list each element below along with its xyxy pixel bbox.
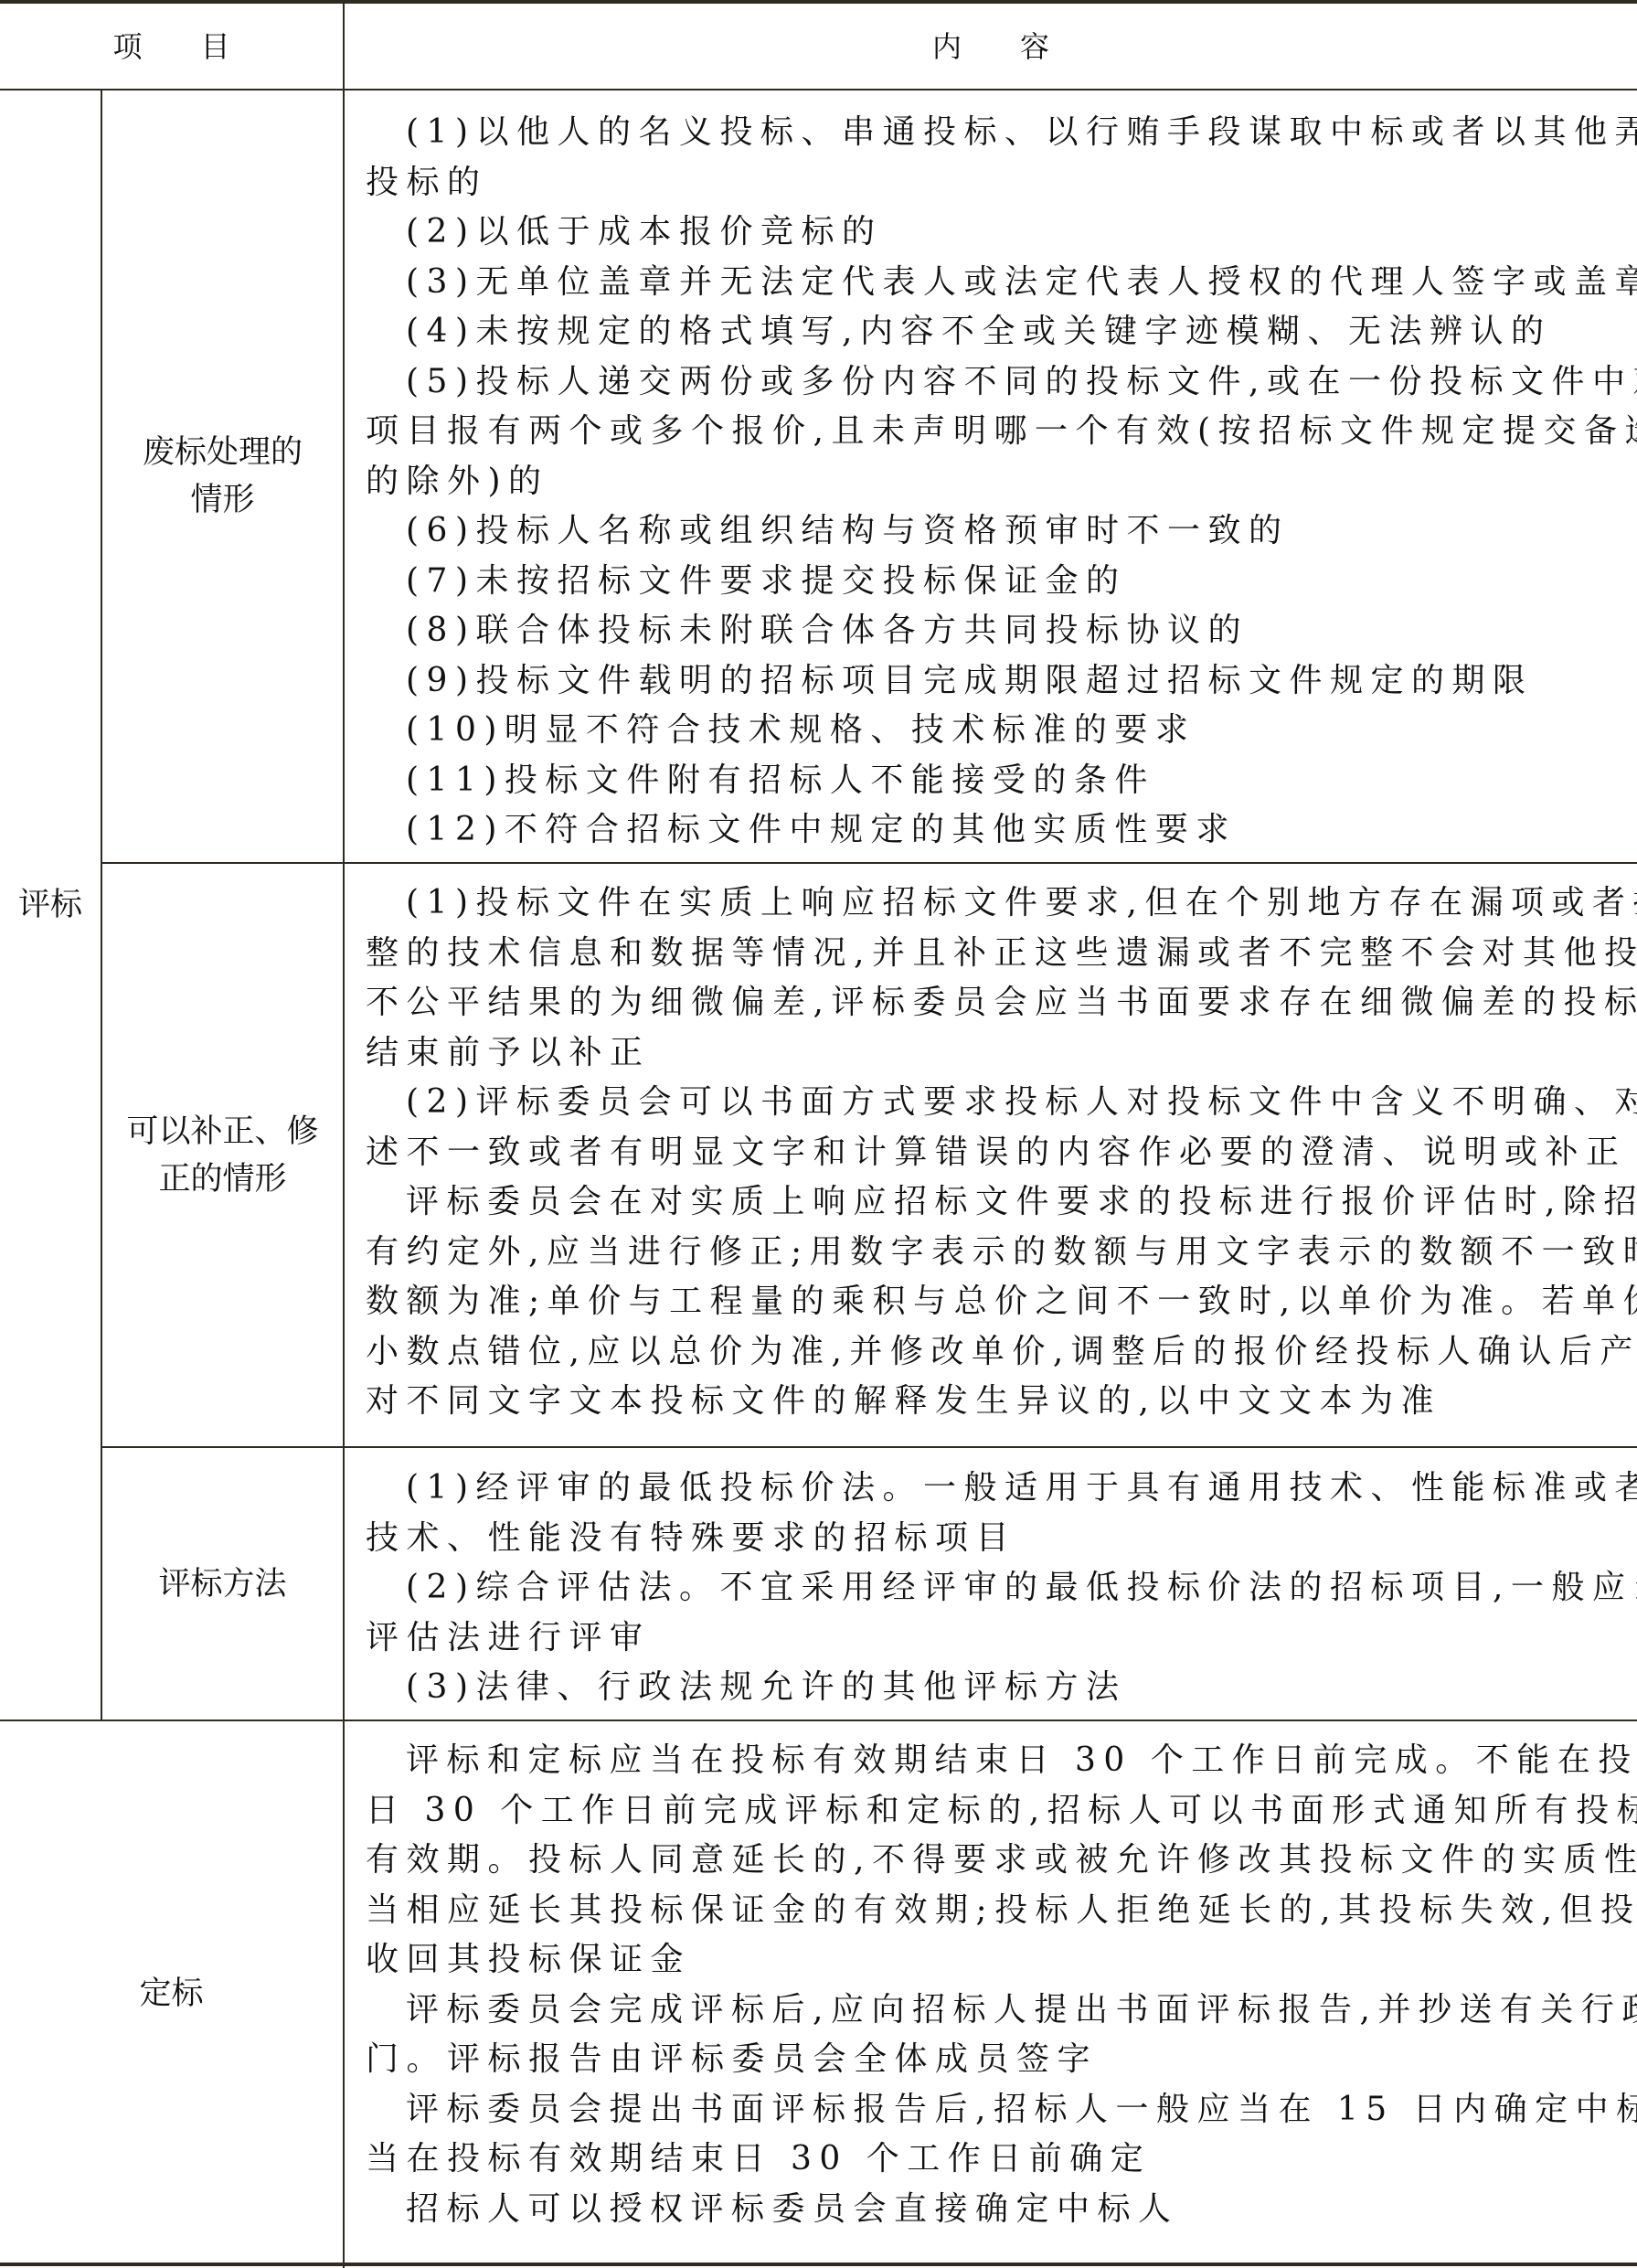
content-line: (7)未按招标文件要求提交投标保证金的 xyxy=(366,557,1622,607)
content-line: (10)明显不符合技术规格、技术标准的要求 xyxy=(366,706,1622,756)
content-line: (2)综合评估法。不宜采用经评审的最低投标价法的招标项目,一般应当采取综合 xyxy=(366,1563,1622,1613)
content-line: 投标的 xyxy=(366,158,1622,208)
content-evaluation-method: (1)经评审的最低投标价法。一般适用于具有通用技术、性能标准或者招标人对其技术、… xyxy=(366,1464,1622,1713)
group-label-evaluation: 评标 xyxy=(18,881,82,929)
content-line: 不公平结果的为细微偏差,评标委员会应当书面要求存在细微偏差的投标人在评标 xyxy=(366,978,1622,1028)
section-label-line: 可以补正、修 xyxy=(126,1108,318,1155)
section-label-correction: 可以补正、修 正的情形 xyxy=(102,864,343,1446)
section-label-evaluation-method: 评标方法 xyxy=(102,1448,343,1720)
content-line: 评估法进行评审 xyxy=(366,1613,1622,1664)
content-line: 有效期。投标人同意延长的,不得要求或被允许修改其投标文件的实质性内容,但应 xyxy=(366,1836,1622,1886)
content-line: 门。评标报告由评标委员会全体成员签字 xyxy=(366,2035,1622,2085)
content-line: 对不同文字文本投标文件的解释发生异议的,以中文文本为准 xyxy=(366,1377,1622,1427)
content-line: (3)无单位盖章并无法定代表人或法定代表人授权的代理人签字或盖章的 xyxy=(366,258,1622,308)
content-line: (4)未按规定的格式填写,内容不全或关键字迹模糊、无法辨认的 xyxy=(366,307,1622,357)
content-line: 收回其投标保证金 xyxy=(366,1935,1622,1986)
content-line: 当相应延长其投标保证金的有效期;投标人拒绝延长的,其投标失效,但投标人有权 xyxy=(366,1886,1622,1936)
content-line: 整的技术信息和数据等情况,并且补正这些遗漏或者不完整不会对其他投标人造成 xyxy=(366,929,1622,979)
content-line: 项目报有两个或多个报价,且未声明哪一个有效(按招标文件规定提交备选投标方案 xyxy=(366,407,1622,457)
section-label-line: 情形 xyxy=(143,476,303,524)
header-content-label: 内 容 xyxy=(932,23,1049,70)
header-content-cell: 内 容 xyxy=(345,4,1637,89)
group-label-cell: 评标 xyxy=(0,91,101,1720)
content-line: (9)投标文件载明的招标项目完成期限超过招标文件规定的期限 xyxy=(366,656,1622,707)
content-line: 当在投标有效期结束日 30 个工作日前确定 xyxy=(366,2135,1622,2185)
content-award: 评标和定标应当在投标有效期结束日 30 个工作日前完成。不能在投标有效期结束日 … xyxy=(366,1736,1622,2234)
content-line: (2)评标委员会可以书面方式要求投标人对投标文件中含义不明确、对同类问题表 xyxy=(366,1078,1622,1128)
content-line: (2)以低于成本报价竞标的 xyxy=(366,208,1622,258)
header-item-cell: 项 目 xyxy=(0,4,343,89)
content-invalid-bid: (1)以他人的名义投标、串通投标、以行贿手段谋取中标或者以其他弄虚作假方式投标的… xyxy=(366,108,1622,856)
section-label-line: 正的情形 xyxy=(126,1155,318,1203)
content-line: (6)投标人名称或组织结构与资格预审时不一致的 xyxy=(366,506,1622,557)
content-line: 述不一致或者有明显文字和计算错误的内容作必要的澄清、说明或补正 xyxy=(366,1128,1622,1178)
content-line: (11)投标文件附有招标人不能接受的条件 xyxy=(366,756,1622,806)
content-line: 评标委员会完成评标后,应向招标人提出书面评标报告,并抄送有关行政监督部 xyxy=(366,1986,1622,2036)
content-line: 数额为准;单价与工程量的乘积与总价之间不一致时,以单价为准。若单价有明显的 xyxy=(366,1277,1622,1327)
content-line: 评标和定标应当在投标有效期结束日 30 个工作日前完成。不能在投标有效期结束 xyxy=(366,1736,1622,1786)
content-line: 招标人可以授权评标委员会直接确定中标人 xyxy=(366,2185,1622,2235)
content-line: 评标委员会在对实质上响应招标文件要求的投标进行报价评估时,除招标文件另 xyxy=(366,1177,1622,1228)
content-line: 日 30 个工作日前完成评标和定标的,招标人可以书面形式通知所有投标人延长投标 xyxy=(366,1786,1622,1837)
bidding-evaluation-table: 项 目 内 容 评标 废标处理的 情形 可以补正、修 正的情形 评标方法 定标 … xyxy=(0,0,1637,2266)
content-line: (1)以他人的名义投标、串通投标、以行贿手段谋取中标或者以其他弄虚作假方式 xyxy=(366,108,1622,158)
header-item-label: 项 目 xyxy=(112,23,229,70)
content-line: 小数点错位,应以总价为准,并修改单价,调整后的报价经投标人确认后产生约束力; xyxy=(366,1327,1622,1378)
section-label-line: 评标方法 xyxy=(158,1560,286,1608)
content-line: 技术、性能没有特殊要求的招标项目 xyxy=(366,1514,1622,1564)
content-line: 结束前予以补正 xyxy=(366,1028,1622,1079)
content-line: (8)联合体投标未附联合体各方共同投标协议的 xyxy=(366,606,1622,656)
column-divider-content xyxy=(343,4,345,2268)
section-label-invalid-bid: 废标处理的 情形 xyxy=(102,91,343,862)
content-line: (12)不符合招标文件中规定的其他实质性要求 xyxy=(366,805,1622,856)
section-label-award: 定标 xyxy=(0,1721,343,2266)
content-line: (3)法律、行政法规允许的其他评标方法 xyxy=(366,1663,1622,1713)
section-label-line: 定标 xyxy=(139,1970,203,2018)
content-line: (1)经评审的最低投标价法。一般适用于具有通用技术、性能标准或者招标人对其 xyxy=(366,1464,1622,1514)
content-line: (5)投标人递交两份或多份内容不同的投标文件,或在一份投标文件中对同一招标 xyxy=(366,357,1622,408)
content-correction: (1)投标文件在实质上响应招标文件要求,但在个别地方存在漏项或者提供了不完整的技… xyxy=(366,878,1622,1427)
content-line: 有约定外,应当进行修正;用数字表示的数额与用文字表示的数额不一致时,以文字 xyxy=(366,1228,1622,1278)
content-line: 评标委员会提出书面评标报告后,招标人一般应当在 15 日内确定中标人,但最迟应 xyxy=(366,2085,1622,2135)
content-line: 的除外)的 xyxy=(366,457,1622,507)
content-line: (1)投标文件在实质上响应招标文件要求,但在个别地方存在漏项或者提供了不完 xyxy=(366,878,1622,929)
section-label-line: 废标处理的 xyxy=(143,429,303,476)
